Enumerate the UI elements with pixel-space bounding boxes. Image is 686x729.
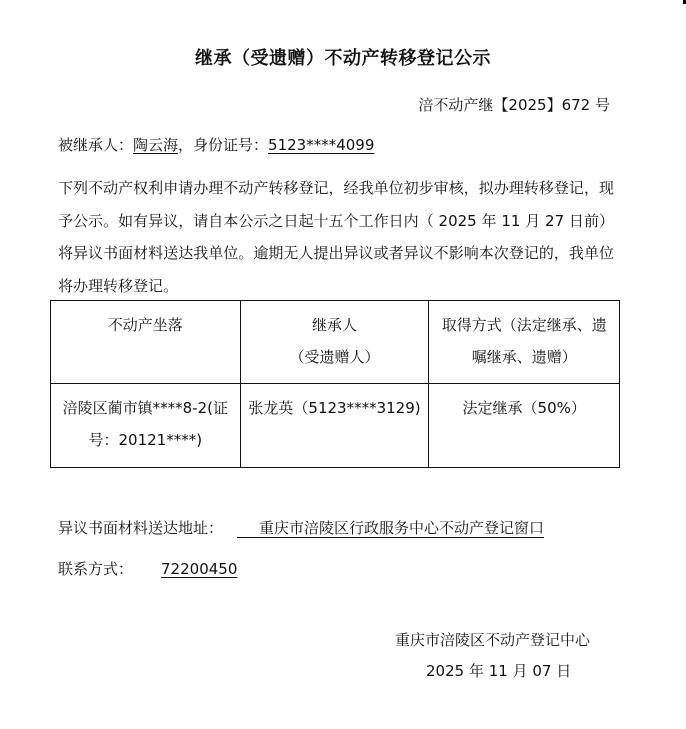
header-heir: 继承人 （受遗赠人） [240,301,429,384]
objection-address-label: 异议书面材料送达地址： [58,519,223,537]
property-table: 不动产坐落 继承人 （受遗赠人） 取得方式（法定继承、遗 嘱继承、遗赠） 涪陵区… [50,300,620,468]
cell-heir: 张龙英（5123****3129) [240,384,429,468]
id-label: ，身份证号： [178,136,268,154]
page-title: 继承（受遗赠）不动产转移登记公示 [0,44,686,70]
decedent-label: 被继承人： [58,136,133,154]
decedent-line: 被继承人：陶云海，身份证号：5123****4099 [58,134,374,155]
table-header-row: 不动产坐落 继承人 （受遗赠人） 取得方式（法定继承、遗 嘱继承、遗赠） [51,301,620,384]
notice-body: 下列不动产权利申请办理不动产转移登记，经我单位初步审核，拟办理转移登记，现予公示… [58,172,614,302]
header-method: 取得方式（法定继承、遗 嘱继承、遗赠） [429,301,620,384]
cell-method: 法定继承（50%） [429,384,620,468]
objection-address-line: 异议书面材料送达地址：重庆市涪陵区行政服务中心不动产登记窗口 [58,517,544,538]
cell-location: 涪陵区蔺市镇****8-2(证 号：20121****) [51,384,241,468]
contact-value: 72200450 [161,560,237,578]
issuer-name: 重庆市涪陵区不动产登记中心 [395,629,590,650]
document-number: 涪不动产继【2025】672 号 [418,94,610,115]
contact-label: 联系方式： [58,560,133,578]
objection-address-value: 重庆市涪陵区行政服务中心不动产登记窗口 [237,520,544,538]
decedent-id-number: 5123****4099 [268,136,374,154]
decedent-name: 陶云海 [133,136,178,154]
issue-date: 2025 年 11 月 07 日 [426,660,571,681]
header-location: 不动产坐落 [51,301,241,384]
table-row: 涪陵区蔺市镇****8-2(证 号：20121****) 张龙英（5123***… [51,384,620,468]
contact-line: 联系方式：72200450 [58,558,237,579]
